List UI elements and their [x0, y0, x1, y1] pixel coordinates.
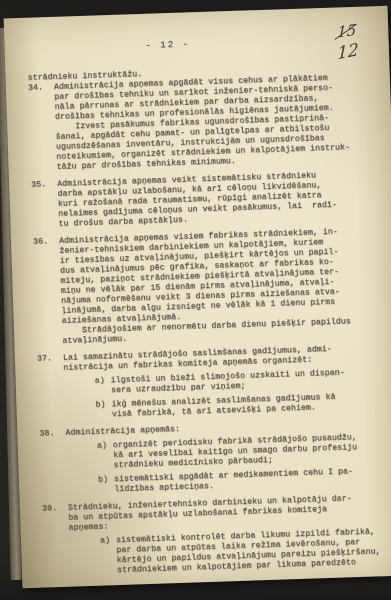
- subitem-text: organizēt periodisku fabrikā strādājošo …: [113, 432, 379, 471]
- typewritten-text: strādnieku instruktāžu. 34. Administrāci…: [28, 62, 391, 585]
- subitem-label: b): [95, 400, 111, 411]
- page-number: - 12 -: [122, 39, 212, 52]
- item-paragraph: Administrācija apņemas veikt sistemātisk…: [57, 169, 370, 229]
- subitem-b: b) ikģ mēnešus analizēt saslimšanas gadī…: [95, 391, 377, 420]
- item-number: 34.: [28, 83, 54, 94]
- subitem-text: sistemātiski apgādāt ar medikamentiem ce…: [114, 466, 380, 495]
- item-paragraph: Strādnieku, inženiertehnisko darbinieku …: [68, 493, 381, 533]
- item-number: 39.: [42, 504, 68, 515]
- item-38: 38. Administrācija apņemās: a) organizēt…: [39, 418, 391, 498]
- item-36: 36. Administrācija apņemas visiem fabrik…: [33, 226, 388, 348]
- subitem-a: a) organizēt periodisku fabrikā strādājo…: [97, 432, 379, 471]
- subitem-label: a): [100, 536, 116, 547]
- item-paragraph: Izvest pasākumus fabrikas ugunsdrošības …: [55, 113, 368, 173]
- subitem-label: b): [98, 475, 114, 486]
- item-number: 35.: [31, 180, 57, 191]
- item-number: 36.: [33, 237, 59, 248]
- subitem-label: a): [95, 376, 111, 387]
- document-page: - 12 - 15 12 strādnieku instruktāžu. 34.…: [4, 6, 391, 588]
- item-37: 37. Lai samazinātu strādājošo saslimšana…: [37, 343, 391, 423]
- item-number: 37.: [37, 354, 63, 365]
- subitem-a: a) sistemātiski kontrolēt darba likumu i…: [100, 527, 382, 576]
- pencil-annotation: 15 12: [324, 20, 371, 63]
- subitem-b: b) sistemātiski apgādāt ar medikamentiem…: [98, 466, 380, 495]
- item-number: 38.: [39, 429, 65, 440]
- subitem-text: sistemātiski kontrolēt darba likumu izpi…: [116, 527, 382, 576]
- item-paragraph: Administrācija apņemas visiem fabrikas s…: [59, 226, 374, 326]
- subitem-text: ikģ mēnešus analizēt saslimšanas gadījum…: [111, 391, 377, 420]
- item-34: 34. Administrācija apņemas apgādāt visus…: [28, 72, 383, 174]
- item-39: 39. Strādnieku, inženiertehnisko darbini…: [42, 493, 391, 579]
- subitem-label: a): [97, 441, 113, 452]
- item-35: 35. Administrācija apņemas veikt sistemā…: [31, 169, 384, 231]
- pencil-crossed-number: 15: [337, 21, 357, 42]
